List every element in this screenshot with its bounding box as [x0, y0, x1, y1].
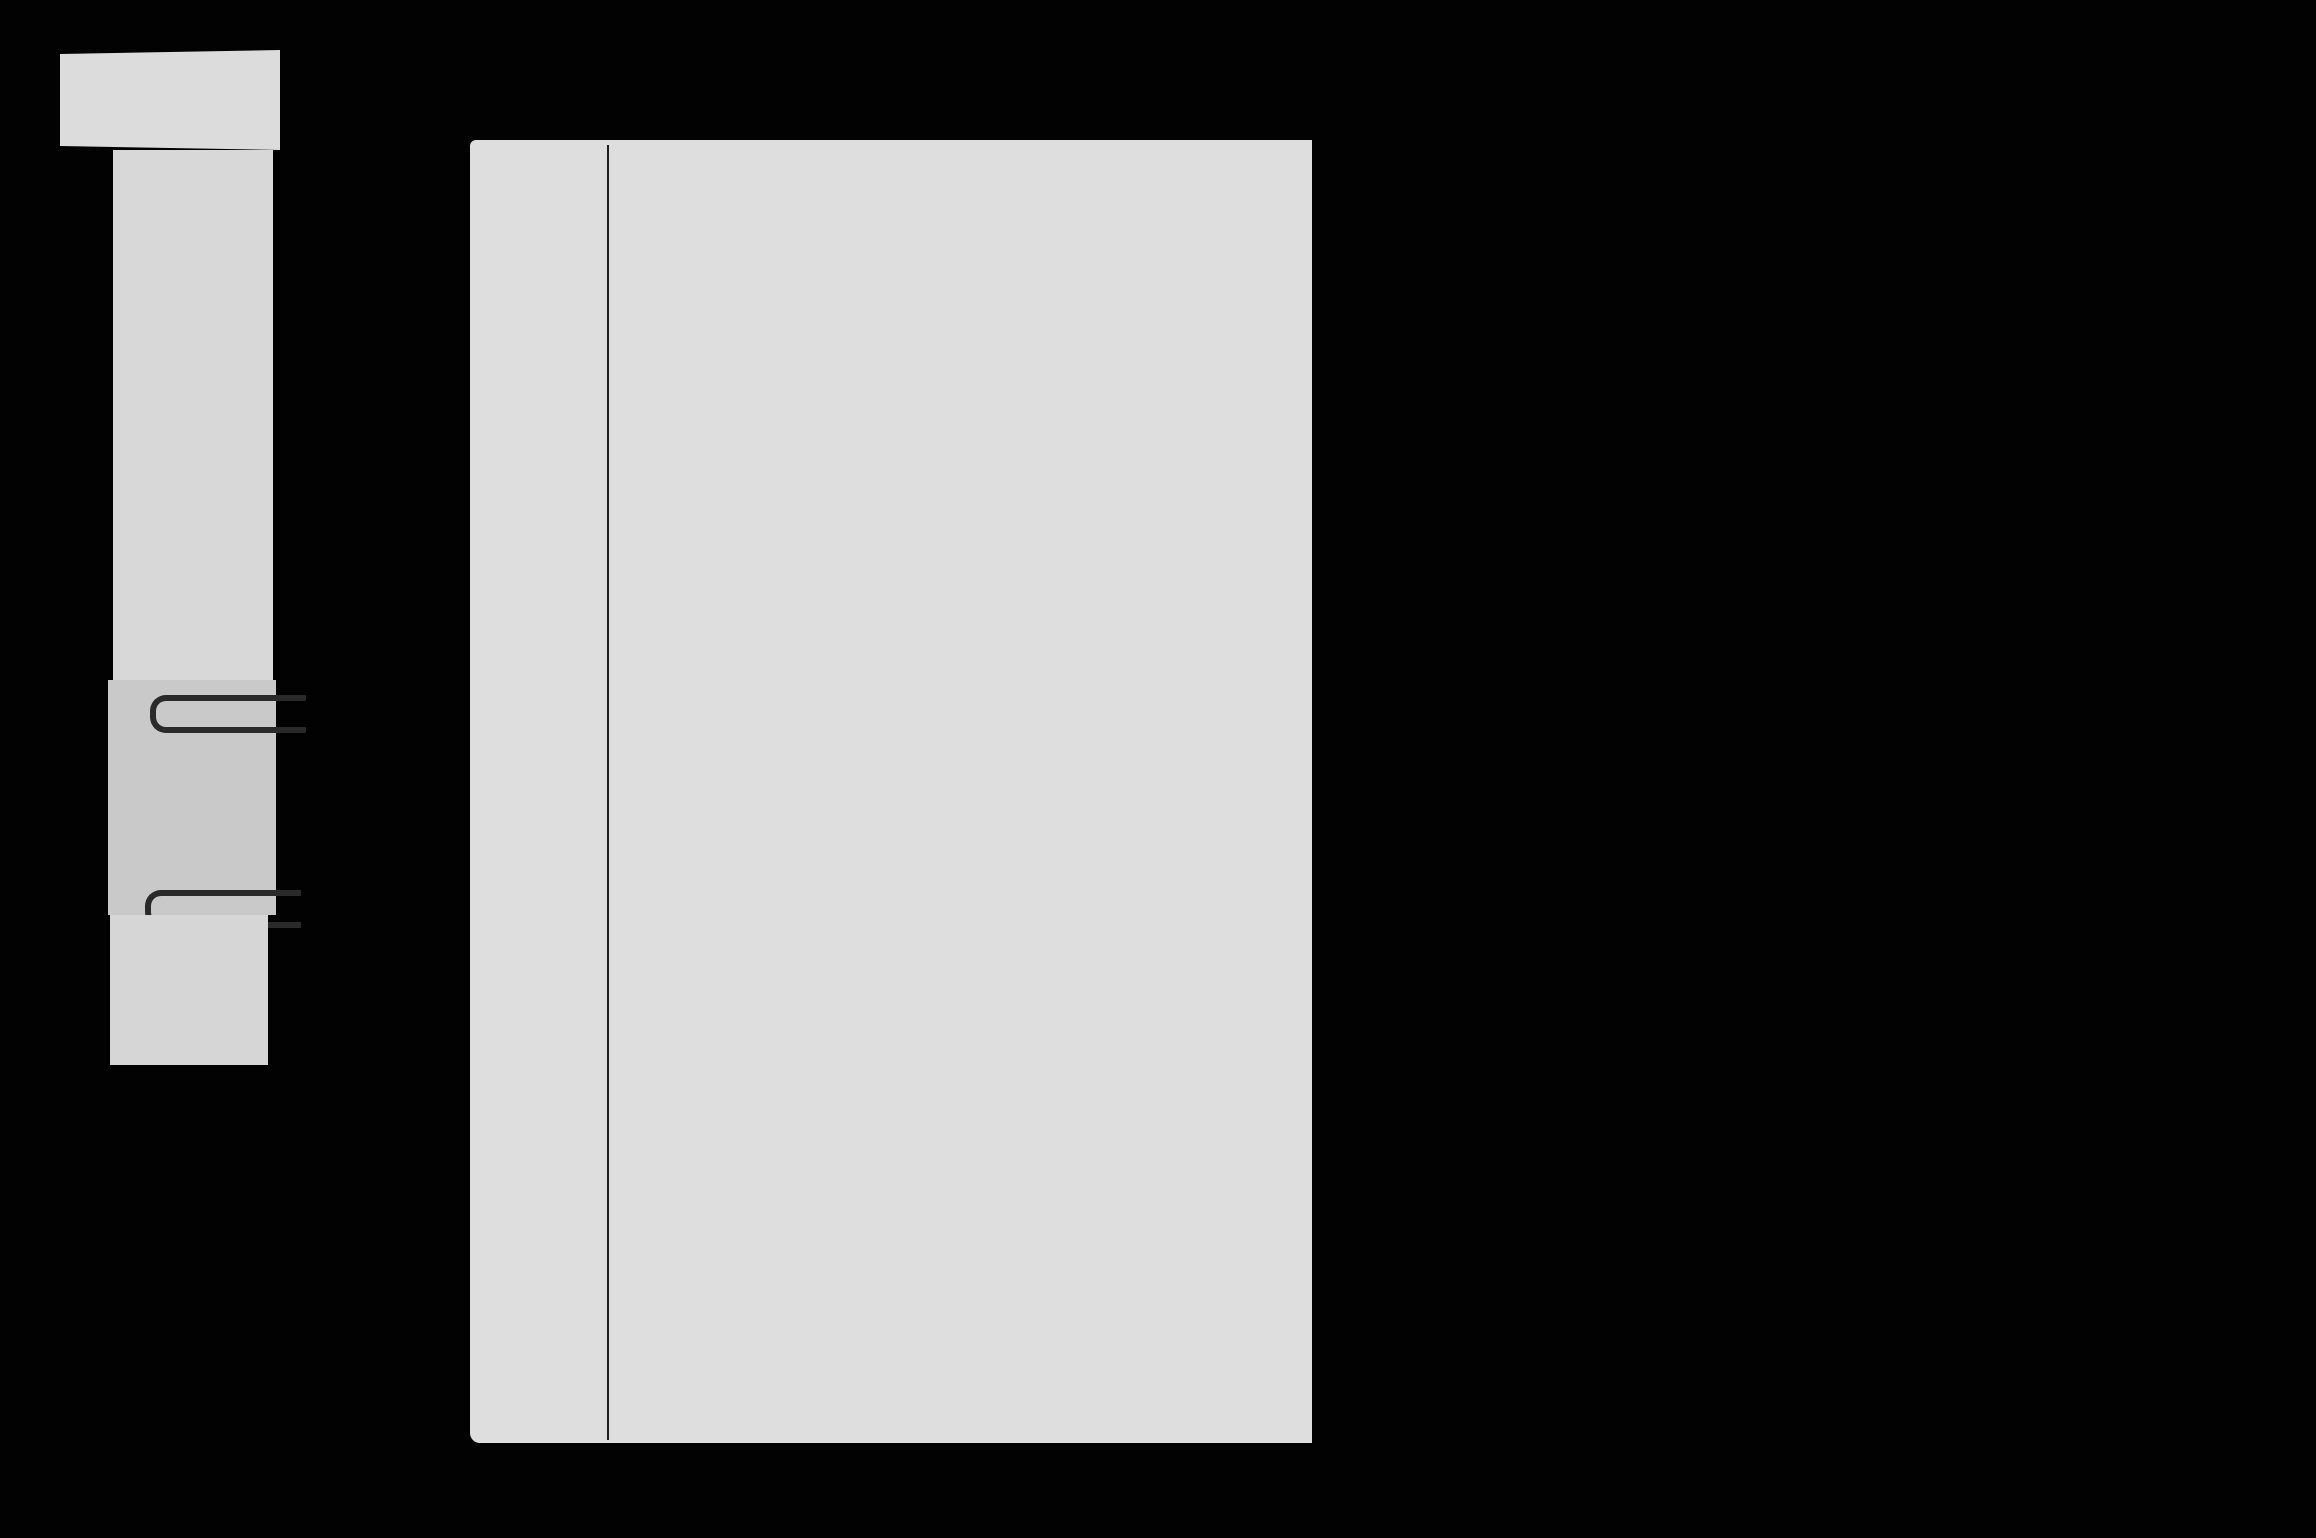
- paperclip-icon: [150, 695, 306, 733]
- label-tail: [110, 915, 268, 1065]
- margin-rule: [607, 145, 609, 1440]
- left-register-page: [470, 140, 1312, 1443]
- year-tag: [60, 50, 280, 150]
- parish-label: [113, 150, 273, 695]
